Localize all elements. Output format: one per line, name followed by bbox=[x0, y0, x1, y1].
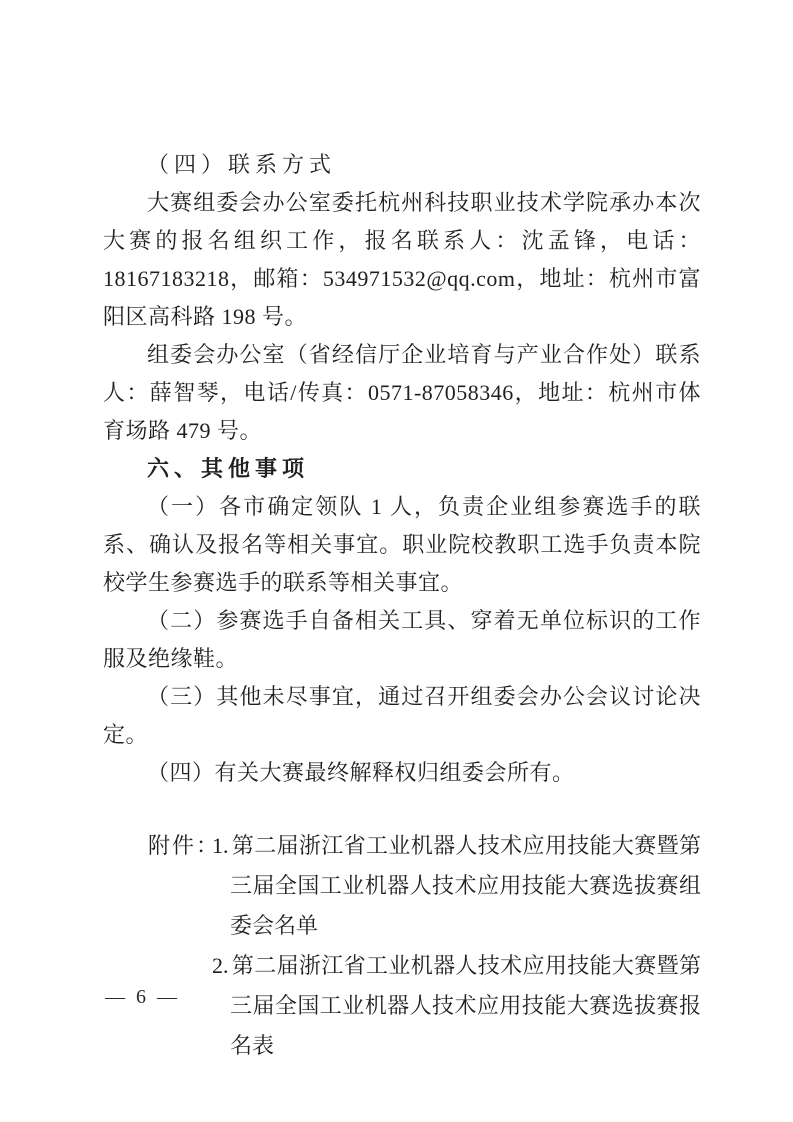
attachment-item-2: 2.第二届浙江省工业机器人技术应用技能大赛暨第三届全国工业机器人技术应用技能大赛… bbox=[212, 946, 701, 1066]
document-body: （四）联系方式 大赛组委会办公室委托杭州科技职业技术学院承办本次大赛的报名组织工… bbox=[103, 146, 701, 1066]
section-heading-contact: （四）联系方式 bbox=[103, 146, 701, 184]
attachment-item-2-number: 2. bbox=[212, 953, 229, 978]
attachment-list: 1.第二届浙江省工业机器人技术应用技能大赛暨第三届全国工业机器人技术应用技能大赛… bbox=[212, 826, 701, 1066]
attachment-item-1: 1.第二届浙江省工业机器人技术应用技能大赛暨第三届全国工业机器人技术应用技能大赛… bbox=[212, 826, 701, 946]
other-matters-item-3: （三）其他未尽事宜，通过召开组委会办公会议讨论决定。 bbox=[103, 678, 701, 754]
attachment-item-2-title: 第二届浙江省工业机器人技术应用技能大赛暨第三届全国工业机器人技术应用技能大赛选拔… bbox=[230, 953, 701, 1058]
other-matters-item-1: （一）各市确定领队 1 人，负责企业组参赛选手的联系、确认及报名等相关事宜。职业… bbox=[103, 488, 701, 602]
attachment-block: 附件： 1.第二届浙江省工业机器人技术应用技能大赛暨第三届全国工业机器人技术应用… bbox=[103, 826, 701, 1066]
document-page: （四）联系方式 大赛组委会办公室委托杭州科技职业技术学院承办本次大赛的报名组织工… bbox=[0, 0, 793, 1122]
contact-paragraph-registration: 大赛组委会办公室委托杭州科技职业技术学院承办本次大赛的报名组织工作，报名联系人：… bbox=[103, 184, 701, 336]
attachment-label: 附件： bbox=[148, 826, 220, 866]
contact-paragraph-office: 组委会办公室（省经信厅企业培育与产业合作处）联系人：薛智琴，电话/传真：0571… bbox=[103, 336, 701, 450]
page-number: — 6 — bbox=[105, 986, 180, 1009]
other-matters-item-4: （四）有关大赛最终解释权归组委会所有。 bbox=[103, 754, 701, 792]
attachment-item-1-title: 第二届浙江省工业机器人技术应用技能大赛暨第三届全国工业机器人技术应用技能大赛选拔… bbox=[230, 833, 701, 938]
section-heading-other-matters: 六、其他事项 bbox=[103, 450, 701, 488]
other-matters-item-2: （二）参赛选手自备相关工具、穿着无单位标识的工作服及绝缘鞋。 bbox=[103, 602, 701, 678]
